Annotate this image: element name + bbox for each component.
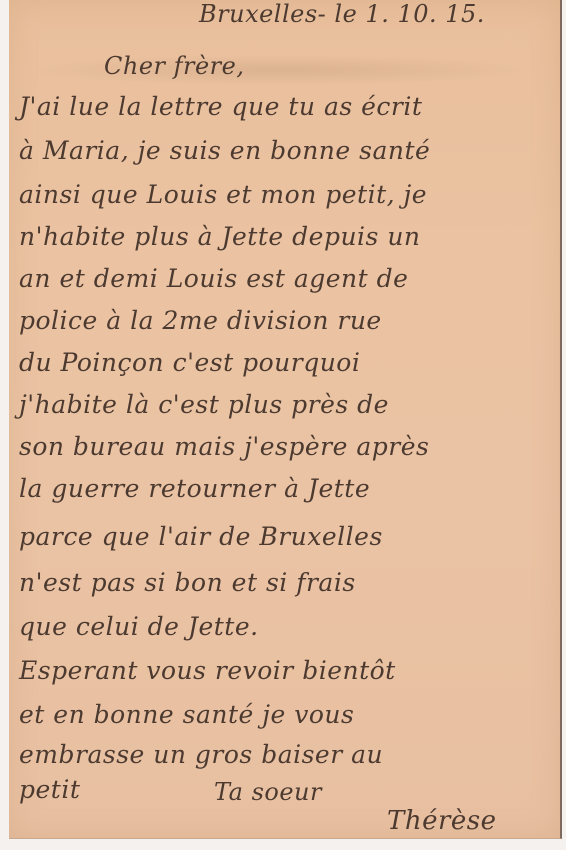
date-line: Bruxelles- le 1. 10. 15. — [199, 0, 485, 28]
body-line: son bureau mais j'espère après — [19, 432, 429, 461]
body-line: que celui de Jette. — [19, 612, 259, 641]
body-line: ainsi que Louis et mon petit, je — [19, 180, 427, 209]
body-line: an et demi Louis est agent de — [19, 264, 408, 293]
body-line: petit — [19, 775, 80, 804]
body-line: j'habite là c'est plus près de — [19, 390, 389, 419]
signature: Thérèse — [387, 806, 497, 836]
body-line: embrasse un gros baiser au — [19, 740, 383, 769]
postcard: Bruxelles- le 1. 10. 15. Cher frère, J'a… — [9, 0, 562, 839]
body-line: Esperant vous revoir bientôt — [19, 656, 396, 685]
body-line: parce que l'air de Bruxelles — [19, 522, 383, 551]
body-line: n'est pas si bon et si frais — [19, 568, 356, 597]
body-line: du Poinçon c'est pourquoi — [19, 348, 360, 377]
body-line: et en bonne santé je vous — [19, 700, 354, 729]
body-line: n'habite plus à Jette depuis un — [19, 222, 421, 251]
closing: Ta soeur — [214, 778, 322, 806]
salutation: Cher frère, — [104, 52, 245, 80]
body-line: à Maria, je suis en bonne santé — [19, 136, 430, 165]
body-line: la guerre retourner à Jette — [19, 474, 370, 503]
body-line: police à la 2me division rue — [19, 306, 382, 335]
body-line: J'ai lue la lettre que tu as écrit — [19, 92, 422, 121]
